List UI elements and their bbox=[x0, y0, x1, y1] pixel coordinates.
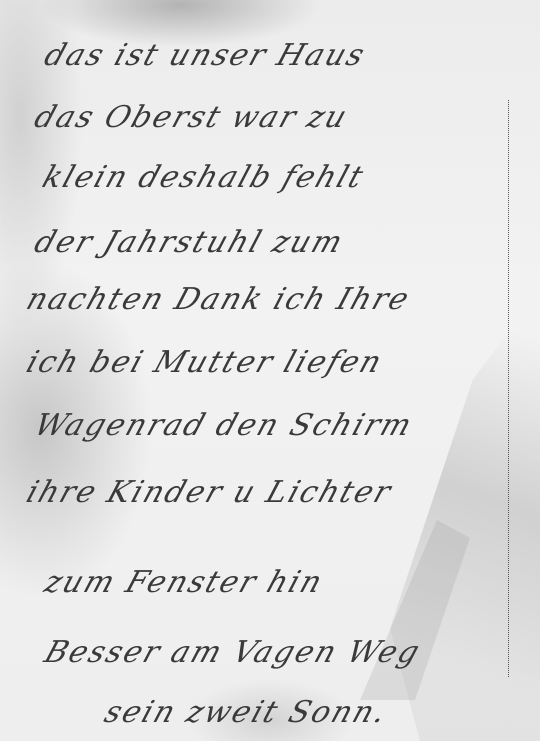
handwritten-line: sein zweit Sonn. bbox=[100, 695, 392, 730]
handwritten-line: Besser am Vagen Weg bbox=[40, 635, 425, 670]
postcard-back: das ist unser Haus das Oberst war zu kle… bbox=[0, 0, 540, 741]
address-divider-line bbox=[508, 100, 509, 677]
handwritten-line: Wagenrad den Schirm bbox=[30, 408, 418, 443]
handwritten-line: ich bei Mutter liefen bbox=[22, 345, 388, 380]
handwritten-line: nachten Dank ich Ihre bbox=[22, 282, 415, 317]
handwritten-line: das ist unser Haus bbox=[40, 38, 370, 73]
handwritten-line: zum Fenster hin bbox=[40, 565, 328, 600]
handwritten-line: klein deshalb fehlt bbox=[38, 160, 369, 195]
handwritten-line: ihre Kinder u Lichter bbox=[22, 475, 397, 510]
handwritten-line: das Oberst war zu bbox=[30, 100, 353, 135]
handwritten-line: der Jahrstuhl zum bbox=[30, 225, 349, 260]
